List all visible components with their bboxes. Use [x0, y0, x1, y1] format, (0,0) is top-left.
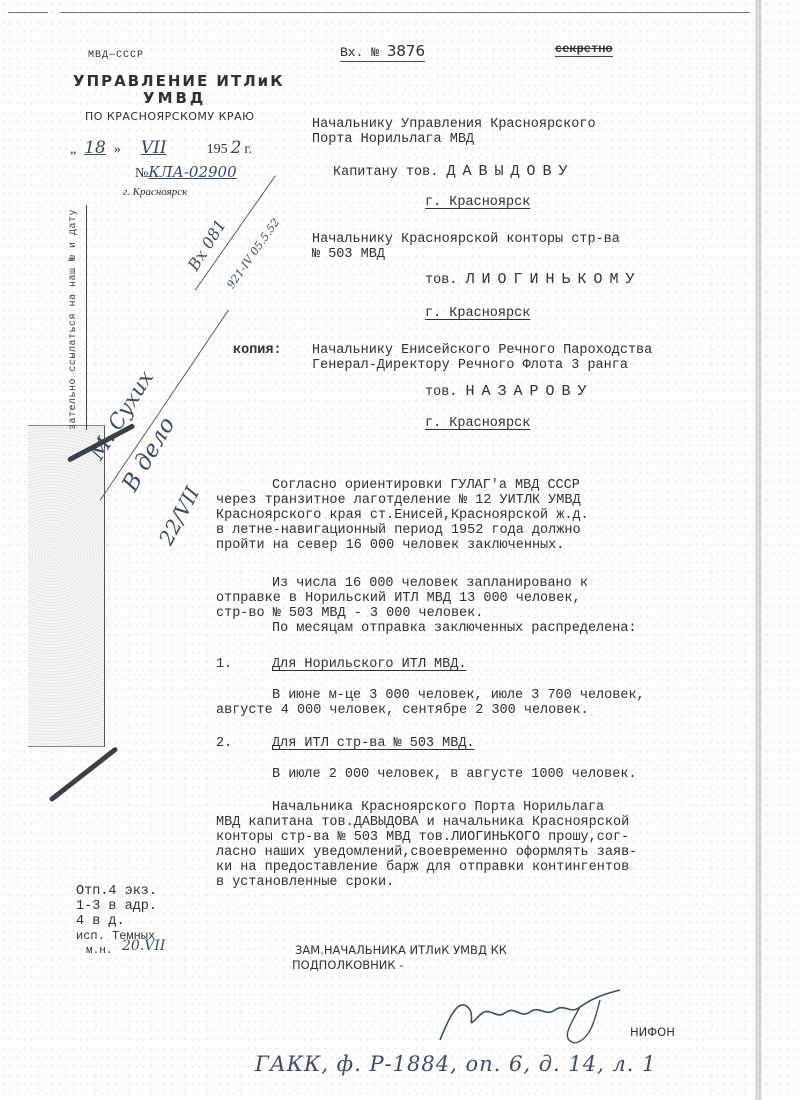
item-1-number: 1. [216, 657, 232, 672]
ministry-label: МВД—СССР [88, 50, 144, 61]
archive-reference: ГАКК, ф. Р-1884, оп. 6, д. 14, л. 1 [255, 1052, 657, 1076]
incoming-number: Вх. № 3876 [340, 42, 425, 62]
handwritten-typist-date: 20.VII [122, 938, 165, 954]
distribution-note: Отп.4 экз. [76, 884, 157, 899]
scanned-margin-block [28, 425, 105, 747]
body-para3-line: Начальника Красноярского Порта Норильлаг… [272, 800, 604, 815]
signatory-name: НИФОН [630, 1025, 675, 1040]
addressee-2-name: тов. ЛИОГИНЬКОМУ [425, 272, 642, 288]
addressee-1-line2: Порта Норильлага МВД [312, 132, 474, 147]
distribution-note: 1-3 в адр. [76, 899, 157, 914]
item-1-title: Для Норильского ИТЛ МВД. [272, 657, 466, 672]
addressee-3-name: тов. НАЗАРОВУ [425, 384, 594, 400]
addressee-3-line1: Начальнику Енисейского Речного Пароходст… [312, 343, 652, 358]
date-month: VII [121, 138, 207, 158]
top-rule [60, 12, 750, 13]
item-2-number: 2. [216, 736, 232, 751]
org-region: ПО КРАСНОЯРСКОМУ КРАЮ [85, 110, 254, 123]
body-para3-line: ласно наших уведомлений,своевременно офо… [216, 845, 637, 860]
addressee-2-city: г. Красноярск [425, 306, 530, 321]
body-para1-line: Согласно ориентировки ГУЛАГ'а МВД СССР [272, 478, 580, 493]
addressee-3-line2: Генерал-Директору Речного Флота 3 ранга [312, 358, 628, 373]
addressee-1-city: г. Красноярск [425, 195, 530, 210]
body-para1-line: пройти на север 16 000 человек заключенн… [216, 538, 564, 553]
handwritten-resolution: 22/VII [154, 483, 205, 549]
item-2-text: В июле 2 000 человек, в августе 1000 чел… [272, 767, 637, 782]
org-name-sub: УМВД [143, 89, 206, 107]
addressee-1-name: Капитану тов. ДАВЫДОВУ [333, 164, 574, 180]
addressee-1-line1: Начальнику Управления Красноярского [312, 117, 596, 132]
signature-scribble [430, 985, 630, 1045]
handwritten-registration: Вх 081 [184, 216, 230, 274]
body-para3-line: ки на предоставление барж для отправки к… [216, 860, 629, 875]
letter-date: „18»VII1952г. [70, 138, 252, 158]
pencil-mark [48, 746, 118, 802]
date-day: 18 [76, 138, 114, 158]
handwritten-registration-date: 921-IV 05.5.52 [224, 216, 282, 291]
body-para3-line: конторы стр-ва № 503 МВД тов.ЛИОГИНЬКОГО… [216, 830, 629, 845]
margin-instruction: зательно ссылаться на наш № и дату [68, 209, 79, 430]
item-1-text: В июне м-це 3 000 человек, июле 3 700 че… [272, 688, 645, 703]
outgoing-number: №КЛА-02900 [135, 163, 237, 182]
addressee-2-line2: № 503 МВД [312, 247, 385, 262]
distribution-note: 4 в д. [76, 914, 125, 929]
item-2-title: Для ИТЛ стр-ва № 503 МВД. [272, 736, 475, 751]
typist-note: м.н. [86, 944, 112, 959]
body-para1-line: через транзитное лаготделение № 12 УИТЛК… [216, 493, 581, 508]
org-name: УПРАВЛЕНИЕ ИТЛиК [73, 72, 284, 90]
page-edge-shadow [755, 0, 762, 1100]
body-para3-line: МВД капитана тов.ДАВЫДОВА и начальника К… [216, 815, 629, 830]
body-para2-line: Из числа 16 000 человек запланировано к [272, 576, 588, 591]
addressee-3-city: г. Красноярск [425, 416, 530, 431]
copy-label: копия: [233, 343, 282, 358]
body-para1-line: в летне-навигационный период 1952 года д… [216, 523, 581, 538]
body-para2-line: отправке в Норильский ИТЛ МВД 13 000 чел… [216, 591, 581, 606]
body-para1-line: Красноярского края ст.Енисей,Красноярско… [216, 508, 589, 523]
signatory-rank: ПОДПОЛКОВНИК - [292, 958, 403, 973]
signatory-title: ЗАМ.НАЧАЛЬНИКА ИТЛиК УМВД КК [295, 943, 507, 958]
top-rule [8, 12, 48, 13]
margin-divider [86, 205, 87, 430]
addressee-2-line1: Начальнику Красноярской конторы стр-ва [312, 232, 620, 247]
letterhead-city: г. Красноярск [123, 186, 187, 198]
item-1-text: августе 4 000 человек, сентябре 2 300 че… [216, 703, 589, 718]
body-para2-line: По месяцам отправка заключенных распреде… [272, 621, 637, 636]
body-para2-line: стр-во № 503 МВД - 3 000 человек. [216, 606, 483, 621]
classification-stamp: секретно [555, 42, 613, 57]
body-para3-line: в установленные сроки. [216, 875, 394, 890]
